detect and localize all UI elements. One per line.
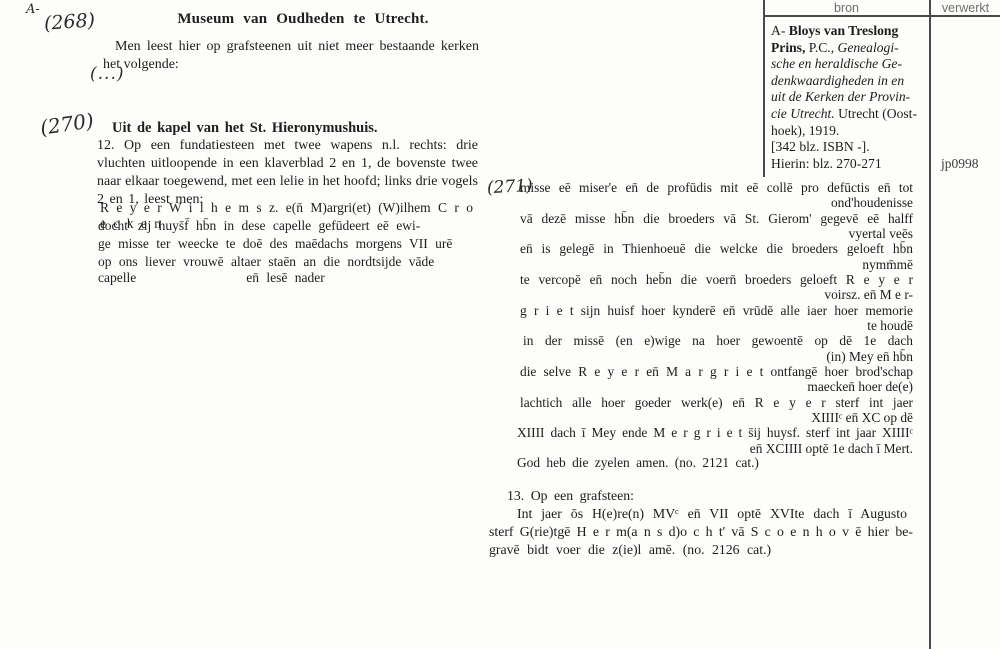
reference-entry-line: cie Utrecht. Utrecht (Oost- (771, 106, 926, 123)
item-13-line: Int jaer ōs H(e)re(n) MVᶜ en̄ VII optē X… (517, 507, 907, 521)
item-12-line: vluchten uitloopende in een klaverblad 2… (97, 156, 478, 173)
reference-entry-line: hoek), 1919. (771, 123, 926, 140)
transcription-line: voirsz. en̄ M e r- (520, 288, 913, 301)
handwritten-page-number-268: (268) (43, 11, 95, 34)
intro-line: Men leest hier op grafsteenen uit niet m… (103, 39, 479, 56)
item-12-line: naar elkaar toegewend, met een lelie in … (97, 174, 478, 191)
transcription-line: vyertal veēs (520, 227, 913, 240)
table-header-bron: bron (766, 1, 927, 16)
transcription-line: ond'houdenisse (520, 196, 913, 209)
reference-box-left-border (763, 0, 765, 177)
reference-entry-line: [342 blz. ISBN -]. (771, 139, 926, 156)
inscription-line: docht' zij huys̄f̄ hb̄n in dese capelle … (98, 218, 473, 234)
handwritten-page-number-270: (270) (39, 110, 95, 137)
transcription-line: g r i e t sijn huisf hoer kynderē en̄ vr… (520, 304, 913, 317)
transcription-line: God heb die zyelen amen. (no. 2121 cat.) (517, 456, 759, 469)
transcription-line: nymm̄mē (520, 258, 913, 271)
reference-entry-line: Prins, P.C., Genealogi- (771, 40, 926, 57)
scanned-document-page: A- (268) (...) (270) (271) Museum van Ou… (0, 0, 1000, 649)
transcription-line: en̄ XCIIII optē 1e dach ī Mert. (520, 442, 913, 455)
reference-author: Prins, (771, 40, 805, 55)
reference-text: Utrecht (Oost- (835, 106, 917, 121)
transcription-line: XIIIIᶜ en̄ XC op dē (520, 411, 913, 424)
transcription-line: maecken̄ hoer de(e) (520, 380, 913, 393)
record-code: jp0998 (941, 156, 979, 172)
reference-text: A- (771, 23, 789, 38)
reference-entry-line: A- Bloys van Treslong (771, 23, 926, 40)
handwritten-corner-mark: A- (26, 3, 40, 16)
section-heading: Uit de kapel van het St. Hieronymushuis. (112, 120, 378, 137)
transcription-line: (in) Mey en̄ hb̄n (520, 350, 913, 363)
transcription-line: en̄ is gelegē in Thienhoeuē die welcke d… (520, 242, 913, 255)
reference-author: Bloys van Treslong (789, 23, 899, 38)
transcription-line: die selve R e y e r en̄ M a r g r i e t … (520, 365, 913, 378)
reference-entry: A- Bloys van Treslong Prins, P.C., Genea… (771, 23, 926, 172)
reference-entry-line: uit de Kerken der Provin- (771, 89, 926, 106)
transcription-line: lachtich alle hoer goeder werk(e) en̄ R … (520, 396, 913, 409)
reference-entry-line: sche en heraldische Ge- (771, 56, 926, 73)
item-13-line: 13. Op een grafsteen: (507, 489, 634, 503)
inscription-line: en̄ lesē nader (98, 270, 473, 286)
item-13-line: gravē bidt voer die z(ie)l amē. (no. 212… (489, 543, 771, 557)
reference-book-title: cie Utrecht. (771, 106, 835, 121)
table-header-verwerkt: verwerkt (931, 1, 1000, 16)
transcription-line: XIIII dach ī Mey ende M e r g r i e t s̄… (517, 426, 913, 439)
reference-entry-line: denkwaardigheden in en (771, 73, 926, 90)
column-divider (929, 0, 931, 649)
document-title: Museum van Oudheden te Utrecht. (150, 11, 456, 29)
transcription-line: in der missē (en e)wige na hoer gewoentē… (523, 334, 913, 347)
reference-book-title: Genealogi- (838, 40, 899, 55)
transcription-line: te vercopē en̄ noch heb̄n die voern̄ bro… (520, 273, 913, 286)
transcription-line: misse eē miser'e en̄ de profūdis mit eē … (520, 181, 913, 194)
transcription-line: te houdē (520, 319, 913, 332)
inscription-line: ge misse ter weecke te doē des maēdachs … (98, 236, 473, 252)
reference-text: P.C., (805, 40, 837, 55)
intro-line: het volgende: (103, 57, 179, 74)
item-13-line: sterf G(rie)tgē H e r m(a n s d)o c h t'… (489, 525, 913, 539)
reference-entry-line: Hierin: blz. 270-271 (771, 156, 926, 173)
transcription-line: vā dezē misse hb̄n die broeders vā St. G… (520, 212, 913, 225)
item-12-line: 12. Op een fundatiesteen met twee wapens… (97, 138, 478, 155)
